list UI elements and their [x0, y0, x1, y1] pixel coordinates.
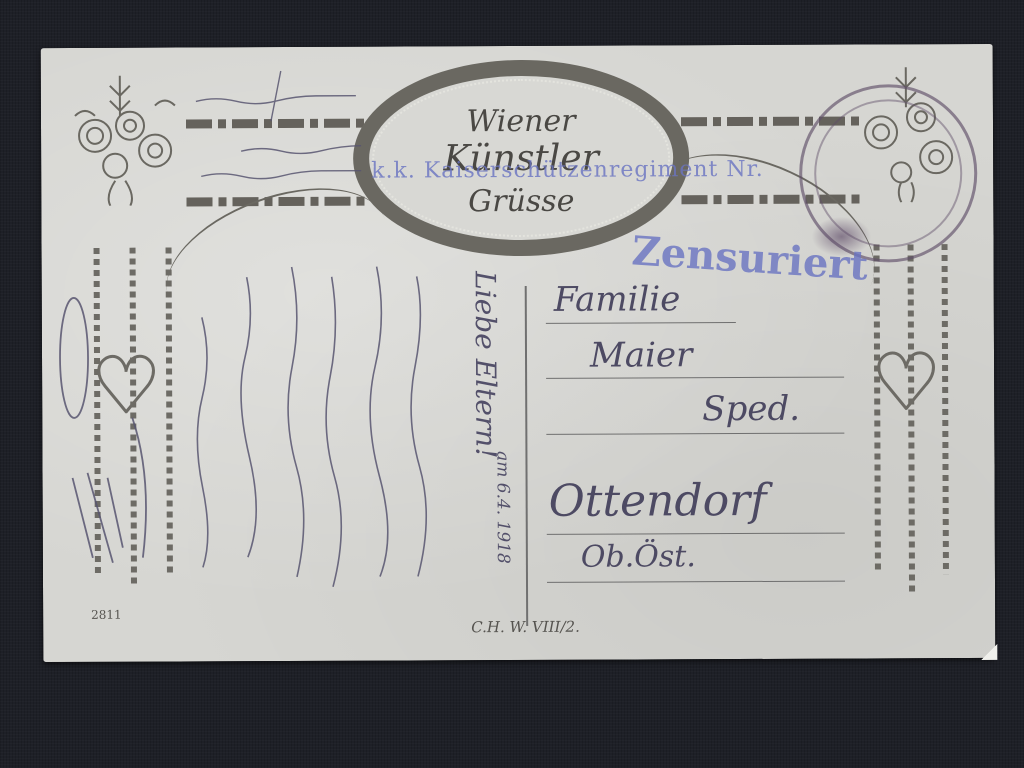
publisher-mark: C.H. W. VIII/2. — [471, 618, 580, 636]
address-rule-3 — [546, 433, 844, 435]
corner-curl — [981, 644, 997, 660]
flower-bouquet-left-icon — [55, 65, 186, 206]
address-rule-4 — [547, 533, 845, 535]
handwritten-side-note — [52, 277, 193, 598]
regiment-stamp: k.k. Kaiserschützenregiment Nr. — [371, 157, 764, 184]
card-divider — [525, 286, 528, 626]
handwritten-top-note — [191, 61, 392, 192]
title-line-1: Wiener — [369, 103, 673, 139]
chain-right-3 — [942, 244, 949, 574]
address-rule-1 — [546, 322, 736, 324]
address-line-5: Ob.Öst. — [581, 539, 696, 575]
heart-right-icon: ♥ — [872, 344, 940, 420]
address-rule-5 — [547, 581, 845, 583]
address-line-2: Maier — [590, 335, 693, 375]
series-number: 2811 — [91, 608, 122, 622]
address-line-1: Familie — [554, 279, 681, 320]
postcard: Wiener Künstler Grüsse ♥ ♥ — [41, 44, 996, 662]
address-line-4: Ottendorf — [549, 475, 767, 527]
title-line-3: Grüsse — [369, 183, 673, 219]
address-rule-2 — [546, 377, 844, 379]
date-note: am 6.4. 1918 — [492, 451, 512, 564]
address-line-3: Sped. — [702, 389, 800, 429]
handwritten-message — [181, 236, 483, 637]
